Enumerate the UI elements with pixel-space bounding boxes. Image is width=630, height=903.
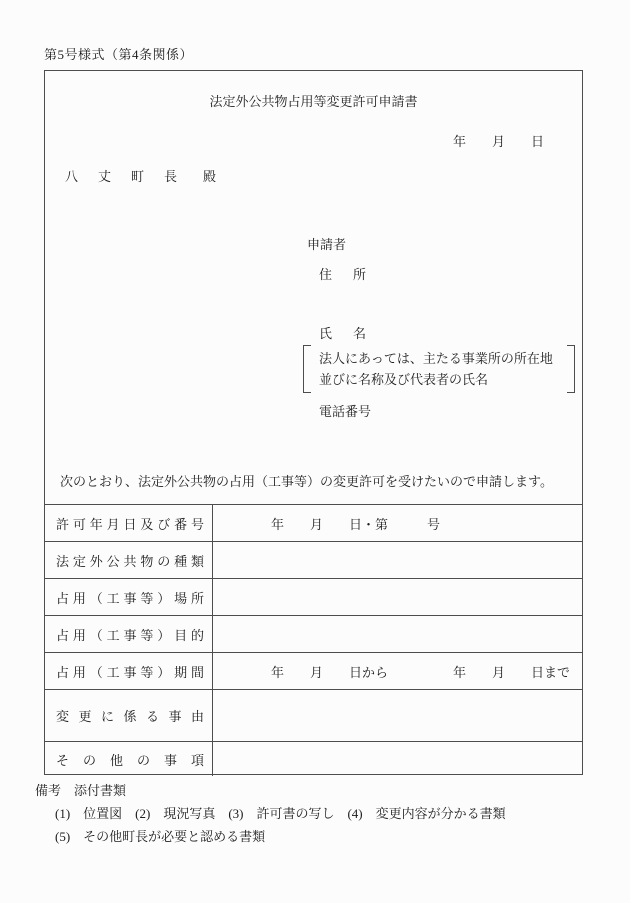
corporate-note-line-1: 法人にあっては、主たる事業所の所在地 — [319, 348, 565, 369]
row-label: 占用（工事等）期間 — [45, 653, 213, 689]
phone-number-label: 電話番号 — [319, 401, 371, 420]
name-label: 氏名 — [319, 323, 366, 342]
attachments-list-line-1: (1) 位置図 (2) 現況写真 (3) 許可書の写し (4) 変更内容が分かる… — [55, 803, 506, 822]
bracket-right-decoration — [567, 345, 575, 393]
form-title: 法定外公共物占用等変更許可申請書 — [45, 91, 582, 110]
row-value: 年 月 日・第 号 — [213, 505, 582, 541]
attachments-label: 添付書類 — [74, 780, 126, 799]
table-row-other-matters: その他の事項 — [45, 742, 582, 776]
application-form-box: 法定外公共物占用等変更許可申請書 年 月 日 八丈町長 殿 申請者 住所 氏名 … — [44, 70, 583, 775]
table-row-property-type: 法定外公共物の種類 — [45, 542, 582, 579]
table-row-location: 占用（工事等）場所 — [45, 579, 582, 616]
table-row-purpose: 占用（工事等）目的 — [45, 616, 582, 653]
attachments-list-line-2: (5) その他町長が必要と認める書類 — [55, 826, 265, 845]
row-value — [213, 616, 582, 652]
application-table: 許可年月日及び番号 年 月 日・第 号 法定外公共物の種類 占用（工事等）場所 … — [45, 504, 582, 776]
address-label: 住所 — [319, 264, 366, 283]
row-label: 変更に係る事由 — [45, 690, 213, 741]
addressee-name: 八丈町長 — [65, 166, 177, 185]
addressee-line: 八丈町長 殿 — [65, 166, 216, 185]
table-row-permit-date-number: 許可年月日及び番号 年 月 日・第 号 — [45, 505, 582, 542]
date-placeholder: 年 月 日 — [453, 131, 544, 150]
corporate-note-text: 法人にあっては、主たる事業所の所在地 並びに名称及び代表者の氏名 — [311, 345, 567, 393]
row-value: 年 月 日から 年 月 日まで — [213, 653, 582, 689]
applicant-section-label: 申請者 — [307, 234, 346, 253]
row-label: その他の事項 — [45, 742, 213, 776]
document-page: 第5号様式（第4条関係） 法定外公共物占用等変更許可申請書 年 月 日 八丈町長… — [0, 0, 630, 903]
row-value — [213, 742, 582, 776]
form-number-label: 第5号様式（第4条関係） — [44, 44, 193, 63]
row-label: 法定外公共物の種類 — [45, 542, 213, 578]
addressee-honorific: 殿 — [203, 166, 216, 185]
remarks-line: 備考 添付書類 — [35, 780, 126, 799]
corporate-note: 法人にあっては、主たる事業所の所在地 並びに名称及び代表者の氏名 — [303, 345, 575, 393]
table-row-period: 占用（工事等）期間 年 月 日から 年 月 日まで — [45, 653, 582, 690]
table-row-change-reason: 変更に係る事由 — [45, 690, 582, 742]
bracket-left-decoration — [303, 345, 311, 393]
declaration-text: 次のとおり、法定外公共物の占用（工事等）の変更許可を受けたいので申請します。 — [60, 471, 553, 490]
row-label: 占用（工事等）場所 — [45, 579, 213, 615]
row-value — [213, 579, 582, 615]
row-value — [213, 690, 582, 741]
remarks-label: 備考 — [35, 780, 61, 799]
row-value — [213, 542, 582, 578]
row-label: 許可年月日及び番号 — [45, 505, 213, 541]
row-label: 占用（工事等）目的 — [45, 616, 213, 652]
corporate-note-line-2: 並びに名称及び代表者の氏名 — [319, 369, 565, 390]
